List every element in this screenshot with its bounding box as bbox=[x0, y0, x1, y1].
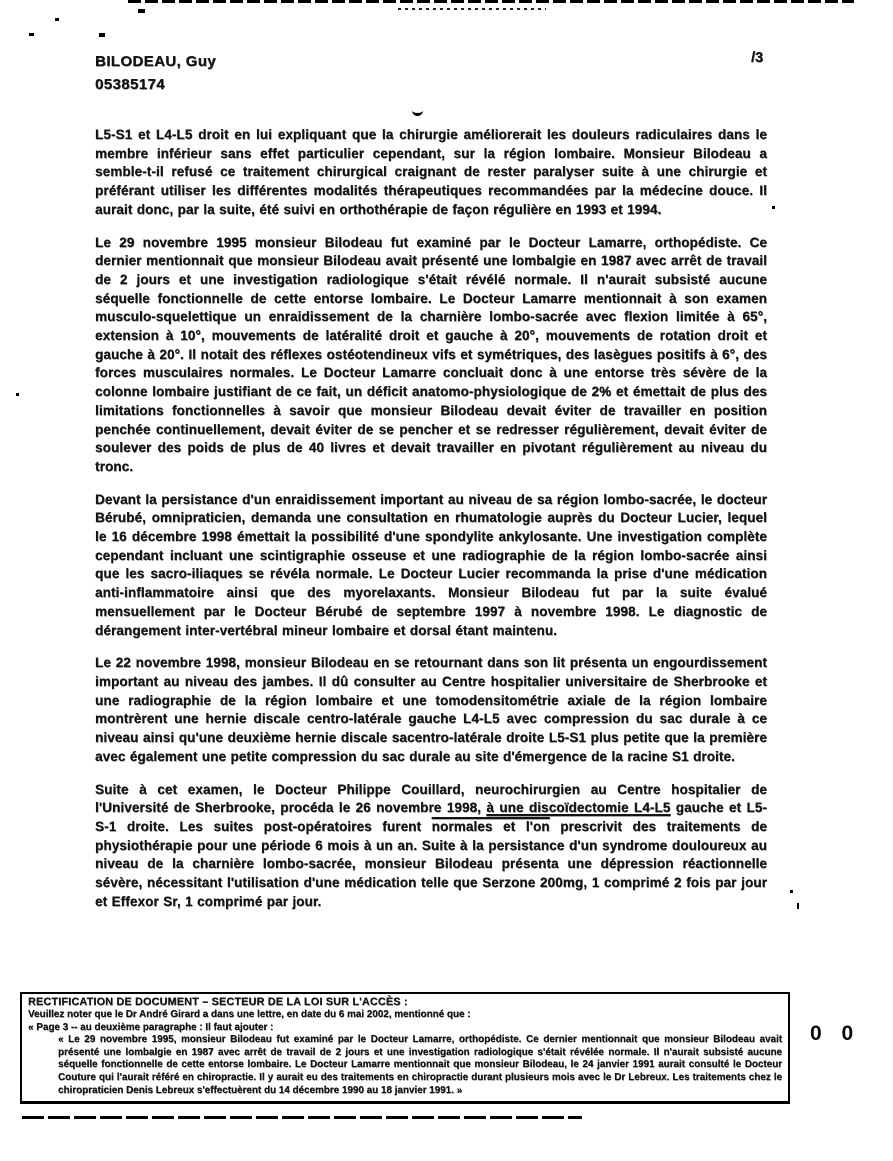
patient-name: BILODEAU, Guy bbox=[95, 50, 216, 73]
scan-speck bbox=[55, 18, 59, 21]
document-header: BILODEAU, Guy 05385174 bbox=[95, 50, 216, 96]
file-number: 05385174 bbox=[95, 73, 216, 96]
scan-speck bbox=[797, 903, 799, 909]
rectification-intro: Veuillez noter que le Dr André Girard a … bbox=[28, 1009, 782, 1022]
paragraph-3: Devant la persistance d'un enraidissemen… bbox=[95, 491, 767, 641]
scan-speck bbox=[99, 33, 105, 37]
hand-overlined-phrase: normales et l'on bbox=[432, 819, 550, 834]
rectification-notice-box: RECTIFICATION DE DOCUMENT – SECTEUR DE L… bbox=[20, 992, 790, 1104]
scan-artifact-bottom-line bbox=[22, 1116, 582, 1119]
hand-underlined-phrase: à une discoïdectomie L4-L5 bbox=[486, 800, 670, 815]
paragraph-5: Suite à cet examen, le Docteur Philippe … bbox=[95, 781, 767, 912]
scan-speck bbox=[772, 206, 775, 209]
scan-speck bbox=[16, 393, 19, 396]
rectification-quote: « Le 29 novembre 1995, monsieur Bilodeau… bbox=[58, 1034, 782, 1097]
rectification-title: RECTIFICATION DE DOCUMENT – SECTEUR DE L… bbox=[28, 996, 782, 1009]
paragraph-2: Le 29 novembre 1995 monsieur Bilodeau fu… bbox=[95, 234, 767, 477]
scan-artifact-curl-mark bbox=[412, 108, 423, 116]
scan-speck bbox=[138, 9, 145, 13]
stamp-digits: 0 0 bbox=[810, 1022, 860, 1046]
document-body: L5-S1 et L4-L5 droit en lui expliquant q… bbox=[95, 126, 767, 925]
rectification-page-ref: « Page 3 -- au deuxième paragraphe : Il … bbox=[28, 1022, 782, 1035]
scan-artifact-dotted-segment bbox=[398, 8, 546, 10]
scan-speck bbox=[790, 890, 793, 893]
scan-speck bbox=[29, 33, 34, 36]
paragraph-1: L5-S1 et L4-L5 droit en lui expliquant q… bbox=[95, 126, 767, 220]
page-number: /3 bbox=[751, 50, 763, 66]
scanned-document-page: BILODEAU, Guy 05385174 /3 L5-S1 et L4-L5… bbox=[0, 0, 893, 1161]
paragraph-4: Le 22 novembre 1998, monsieur Bilodeau e… bbox=[95, 654, 767, 766]
scan-artifact-top-line bbox=[128, 0, 854, 3]
